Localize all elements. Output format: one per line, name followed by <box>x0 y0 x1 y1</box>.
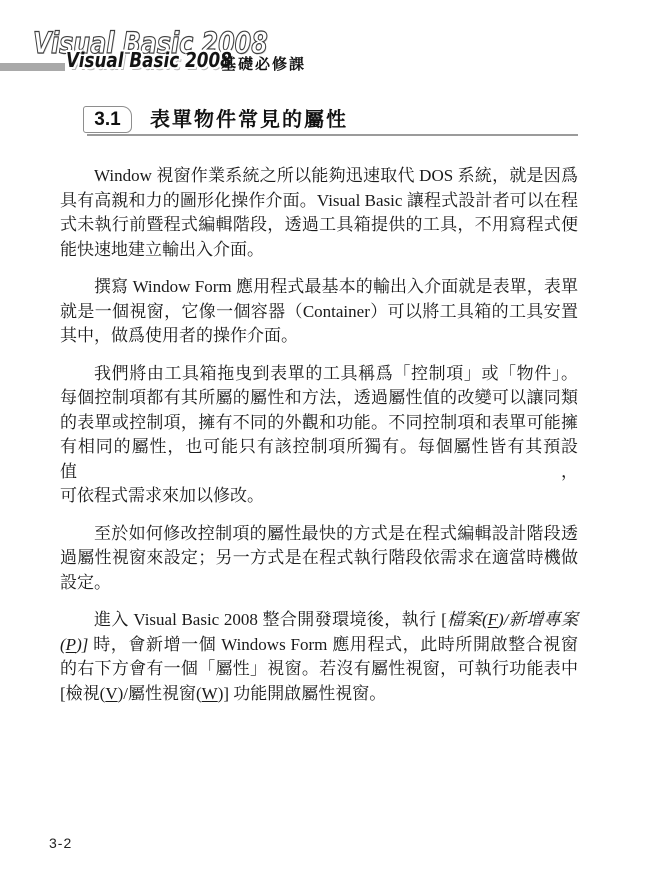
text-line: 其中，做爲使用者的操作介面。 <box>60 324 578 349</box>
paragraph: Window 視窗作業系統之所以能夠迅速取代 DOS 系統，就是因爲具有高親和力… <box>60 164 578 262</box>
text-line: 有相同的屬性，也可能只有該控制項所獨有。每個屬性皆有其預設值， <box>60 435 578 484</box>
text-line: 每個控制項都有其所屬的屬性和方法，透過屬性值的改變可以讓同類 <box>60 386 578 411</box>
text-line: 過屬性視窗來設定；另一方式是在程式執行階段依需求在適當時機做 <box>60 546 578 571</box>
book-logo-text: Visual Basic 2008 <box>66 48 232 72</box>
section-title: 表單物件常見的屬性 <box>150 103 348 132</box>
text-line: [檢視(V)/屬性視窗(W)] 功能開啟屬性視窗。 <box>60 682 578 707</box>
text-line: 設定。 <box>60 571 578 596</box>
menu-hotkey-text: 檔案( <box>447 610 488 629</box>
section-number-badge: 3.1 <box>83 106 132 133</box>
section-underline <box>87 134 578 136</box>
paragraph: 進入 Visual Basic 2008 整合開發環境後，執行 [檔案(F)/新… <box>60 608 578 706</box>
text-line: (P)] 時，會新增一個 Windows Form 應用程式，此時所開啟整合視窗 <box>60 633 578 658</box>
text-line: 式未執行前暨程式編輯階段，透過工具箱提供的工具，不用寫程式便 <box>60 213 578 238</box>
menu-hotkey-text: F <box>488 610 498 629</box>
paragraph: 我們將由工具箱拖曳到表單的工具稱爲「控制項」或「物件」。每個控制項都有其所屬的屬… <box>60 362 578 509</box>
book-page: Visual Basic 2008 Visual Basic 2008 基礎必修… <box>0 0 663 889</box>
header-accent-bar <box>0 63 65 71</box>
menu-hotkey-text: )] <box>76 635 88 654</box>
menu-hotkey-text: W <box>202 684 218 703</box>
menu-hotkey-text: )/新增專案 <box>498 610 578 629</box>
text-line: 的表單或控制項，擁有不同的外觀和功能。不同控制項和表單可能擁 <box>60 411 578 436</box>
text-line: 撰寫 Window Form 應用程式最基本的輸出入介面就是表單，表單 <box>60 275 578 300</box>
menu-hotkey-text: P <box>66 635 76 654</box>
text-line: 我們將由工具箱拖曳到表單的工具稱爲「控制項」或「物件」。 <box>60 362 578 387</box>
text-line: 的右下方會有一個「屬性」視窗。若沒有屬性視窗，可執行功能表中 <box>60 657 578 682</box>
menu-hotkey-text: V <box>105 684 117 703</box>
page-number: 3-2 <box>49 835 72 851</box>
text-line: Window 視窗作業系統之所以能夠迅速取代 DOS 系統，就是因爲 <box>60 164 578 189</box>
body-text: Window 視窗作業系統之所以能夠迅速取代 DOS 系統，就是因爲具有高親和力… <box>60 164 578 706</box>
text-line: 具有高親和力的圖形化操作介面。Visual Basic 讓程式設計者可以在程 <box>60 189 578 214</box>
paragraph: 撰寫 Window Form 應用程式最基本的輸出入介面就是表單，表單就是一個視… <box>60 275 578 349</box>
text-line: 能快速地建立輸出入介面。 <box>60 238 578 263</box>
text-line: 至於如何修改控制項的屬性最快的方式是在程式編輯設計階段透 <box>60 522 578 547</box>
text-line: 可依程式需求來加以修改。 <box>60 484 578 509</box>
text-line: 就是一個視窗，它像一個容器（Container）可以將工具箱的工具安置 <box>60 300 578 325</box>
section-number: 3.1 <box>94 109 120 131</box>
text-line: 進入 Visual Basic 2008 整合開發環境後，執行 [檔案(F)/新… <box>60 608 578 633</box>
paragraph: 至於如何修改控制項的屬性最快的方式是在程式編輯設計階段透過屬性視窗來設定；另一方… <box>60 522 578 596</box>
book-subtitle: 基礎必修課 <box>221 53 306 74</box>
